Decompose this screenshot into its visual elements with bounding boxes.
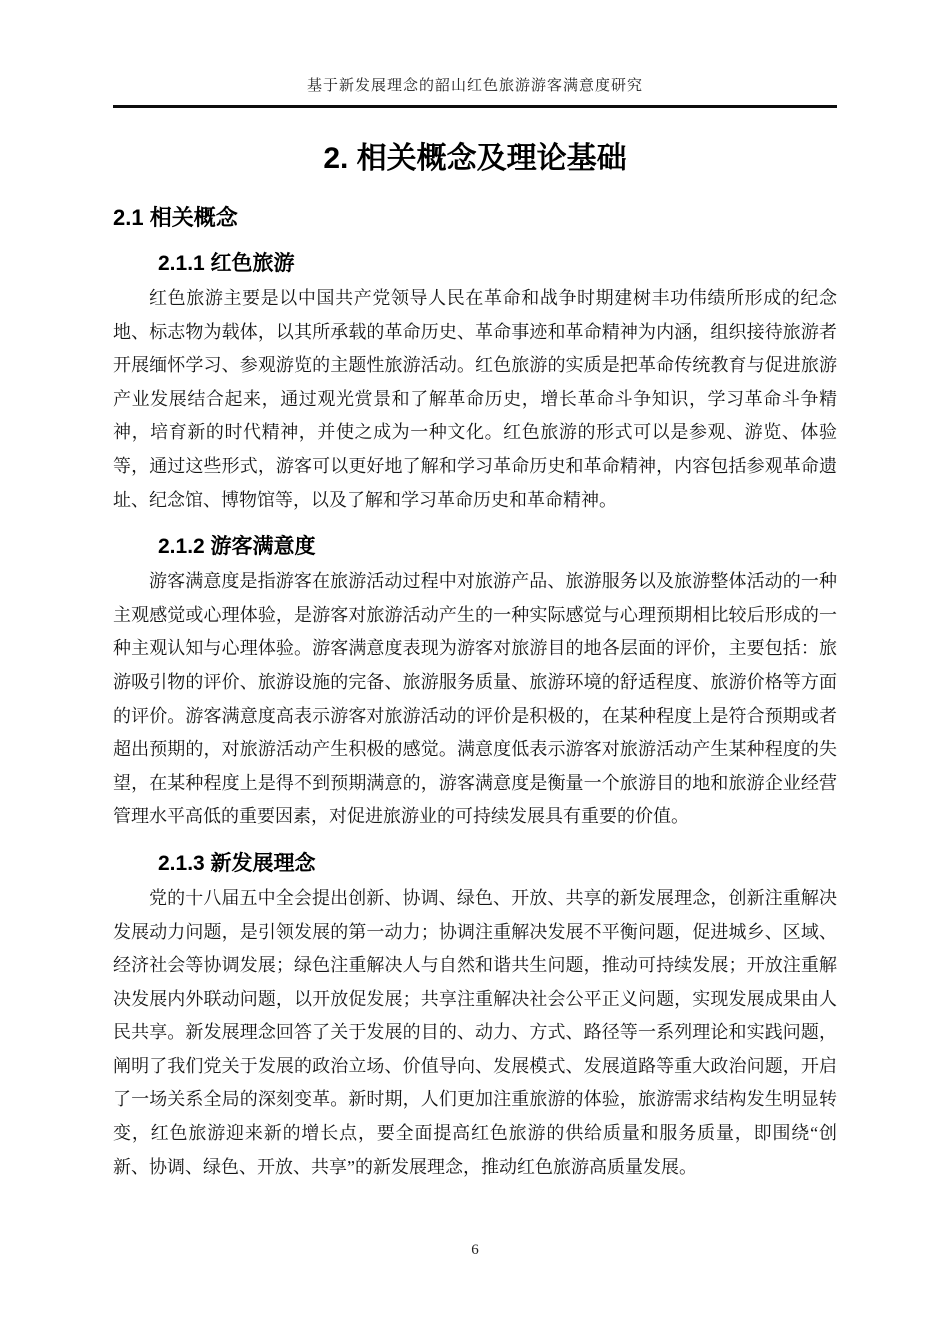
paragraph-red-tourism: 红色旅游主要是以中国共产党领导人民在革命和战争时期建树丰功伟绩所形成的纪念地、标… xyxy=(113,282,837,517)
header-divider-double-rule xyxy=(113,105,837,108)
document-page: 基于新发展理念的韶山红色旅游游客满意度研究 2. 相关概念及理论基础 2.1 相… xyxy=(0,0,950,1344)
page-header: 基于新发展理念的韶山红色旅游游客满意度研究 xyxy=(113,76,837,96)
subsection-heading-2-1-2: 2.1.2 游客满意度 xyxy=(113,532,837,562)
paragraph-tourist-satisfaction: 游客满意度是指游客在旅游活动过程中对旅游产品、旅游服务以及旅游整体活动的一种主观… xyxy=(113,565,837,834)
chapter-title: 2. 相关概念及理论基础 xyxy=(113,138,837,180)
subsection-heading-2-1-1: 2.1.1 红色旅游 xyxy=(113,249,837,279)
paragraph-new-development-concept: 党的十八届五中全会提出创新、协调、绿色、开放、共享的新发展理念，创新注重解决发展… xyxy=(113,882,837,1184)
subsection-heading-2-1-3: 2.1.3 新发展理念 xyxy=(113,849,837,879)
section-heading-2-1: 2.1 相关概念 xyxy=(113,202,837,234)
page-number: 6 xyxy=(0,1242,950,1259)
running-title: 基于新发展理念的韶山红色旅游游客满意度研究 xyxy=(307,78,643,94)
